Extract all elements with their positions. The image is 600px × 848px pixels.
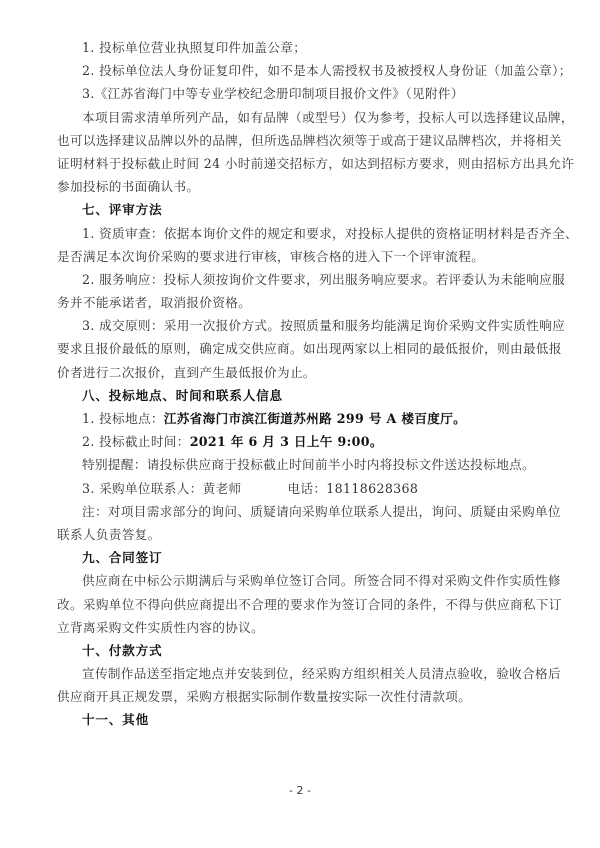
section-9-line-1: 供应商在中标公示期满后与采购单位签订合同。所签合同不得对采购文件作实质性修 <box>57 569 543 592</box>
bid-location: 1. 投标地点：江苏省海门市滨江街道苏州路 299 号 A 楼百度厅。 <box>57 407 543 430</box>
brand-paragraph-line-4: 参加投标的书面确认书。 <box>57 175 543 198</box>
section-7-heading: 七、评审方法 <box>57 198 543 221</box>
section-7-item-1-line-2: 是否满足本次询价采购的要求进行审核，审核合格的进入下一个评审流程。 <box>57 245 543 268</box>
section-7-item-1-line-1: 1. 资质审查：依据本询价文件的规定和要求，对投标人提供的资格证明材料是否齐全、 <box>57 222 543 245</box>
section-10-line-1: 宣传制作品送至指定地点并安装到位，经采购方组织相关人员清点验收，验收合格后 <box>57 662 543 685</box>
brand-paragraph-line-2: 也可以选择建议品牌以外的品牌，但所选品牌档次须等于或高于建议品牌档次，并将相关 <box>57 129 543 152</box>
page-number: - 2 - <box>0 784 600 797</box>
note-line-1: 注：对项目需求部分的询问、质疑请向采购单位联系人提出，询问、质疑由采购单位 <box>57 500 543 523</box>
brand-paragraph-line-1: 本项目需求清单所列产品，如有品牌（或型号）仅为参考，投标人可以选择建议品牌， <box>57 106 543 129</box>
brand-paragraph-line-3: 证明材料于投标截止时间 24 小时前递交招标方，如达到招标方要求，则由招标方出具… <box>57 152 543 175</box>
bid-deadline-value: 2021 年 6 月 3 日上午 9:00。 <box>190 434 383 449</box>
section-7-item-2-line-1: 2. 服务响应：投标人须按询价文件要求，列出服务响应要求。若评委认为未能响应服 <box>57 268 543 291</box>
contact-phone: 电话：18118628368 <box>287 481 418 496</box>
contact-person: 3. 采购单位联系人：黄老师 <box>82 481 241 496</box>
section-9-heading: 九、合同签订 <box>57 546 543 569</box>
section-7-item-3-line-2: 要求且报价最低的原则，确定成交供应商。如出现两家以上相同的最低报价，则由最低报 <box>57 337 543 360</box>
section-9-line-2: 改。采购单位不得向供应商提出不合理的要求作为签订合同的条件，不得与供应商私下订 <box>57 593 543 616</box>
bid-deadline-label: 2. 投标截止时间： <box>82 434 190 449</box>
requirement-item-2: 2. 投标单位法人身份证复印件，如不是本人需授权书及被授权人身份证（加盖公章）； <box>57 59 543 82</box>
section-10-heading: 十、付款方式 <box>57 639 543 662</box>
section-7-item-3-line-3: 价者进行二次报价，直到产生最低报价为止。 <box>57 361 543 384</box>
requirement-item-1: 1. 投标单位营业执照复印件加盖公章； <box>57 36 543 59</box>
contact-info: 3. 采购单位联系人：黄老师电话：18118628368 <box>57 477 543 500</box>
document-page: 1. 投标单位营业执照复印件加盖公章； 2. 投标单位法人身份证复印件，如不是本… <box>57 36 543 732</box>
section-10-line-2: 供应商开具正规发票，采购方根据实际制作数量按实际一次性付清款项。 <box>57 685 543 708</box>
bid-location-label: 1. 投标地点： <box>82 411 164 426</box>
section-7-item-3-line-1: 3. 成交原则：采用一次报价方式。按照质量和服务均能满足询价采购文件实质性响应 <box>57 314 543 337</box>
section-11-heading: 十一、其他 <box>57 708 543 731</box>
bid-location-value: 江苏省海门市滨江街道苏州路 299 号 A 楼百度厅。 <box>164 411 466 426</box>
note-line-2: 联系人负责答复。 <box>57 523 543 546</box>
requirement-item-3: 3.《江苏省海门中等专业学校纪念册印制项目报价文件》（见附件） <box>57 82 543 105</box>
section-8-heading: 八、投标地点、时间和联系人信息 <box>57 384 543 407</box>
special-reminder: 特别提醒：请投标供应商于投标截止时间前半小时内将投标文件送达投标地点。 <box>57 453 543 476</box>
bid-deadline: 2. 投标截止时间：2021 年 6 月 3 日上午 9:00。 <box>57 430 543 453</box>
section-7-item-2-line-2: 务并不能承诺者，取消报价资格。 <box>57 291 543 314</box>
section-9-line-3: 立背离采购文件实质性内容的协议。 <box>57 616 543 639</box>
